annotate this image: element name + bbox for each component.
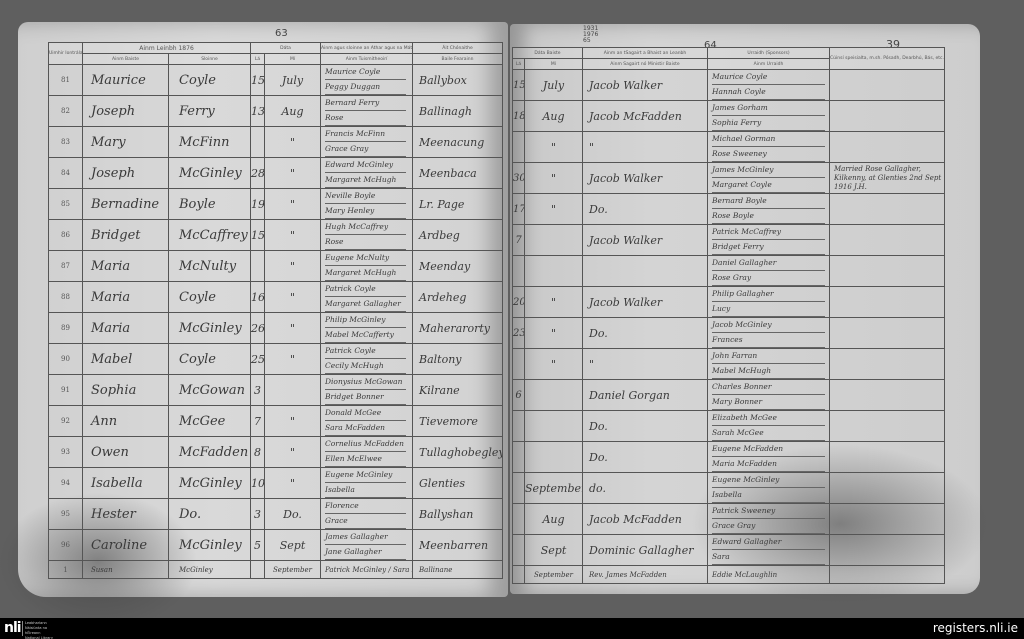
officiant: Jacob Walker [583,225,708,256]
remarks [830,194,945,225]
header-registrar-block: Ainm an tSagairt a Bhaist an Leanbh [583,48,708,59]
officiant: Jacob McFadden [583,504,708,535]
birth-month: Do. [265,499,321,530]
baptism-day [513,535,525,566]
header-day: Lá [513,59,525,70]
father-name: Neville Boyle [325,189,406,204]
birth-month: " [265,158,321,189]
officiant: Do. [583,318,708,349]
birth-month: " [265,220,321,251]
table-row: 17"Do.Bernard BoyleRose Boyle [513,194,945,225]
parents: Philip McGinleyMabel McCafferty [321,313,413,344]
first-name: Joseph [83,96,169,127]
sponsors: Eugene McFaddenMaria McFadden [708,442,830,473]
sponsor-2: Rose Boyle [712,209,825,224]
logo-divider [22,621,23,636]
entry-number: 93 [49,437,83,468]
surname: Coyle [169,344,251,375]
header-remarks-block: Cúinsí speisialta, m.sh. Pósadh, Dearbhú… [830,48,945,70]
officiant: Dominic Gallagher [583,535,708,566]
father-name: Bernard Ferry [325,96,406,111]
parents: Bernard FerryRose [321,96,413,127]
header-date-block: Dáta [251,43,321,54]
entry-number: 94 [49,468,83,499]
baptism-month: September [525,566,583,584]
birth-month: " [265,127,321,158]
parents: Patrick McGinley / Sara McFadden [321,561,413,579]
sponsor-2: Bridget Ferry [712,240,825,255]
sponsor-1: Bernard Boyle [712,194,825,209]
table-row: 83MaryMcFinn"Francis McFinnGrace GrayMee… [49,127,503,158]
baptism-day: 6 [513,380,525,411]
father-name: Hugh McCaffrey [325,220,406,235]
sponsor-1: John Farran [712,349,825,364]
first-name: Mabel [83,344,169,375]
sponsors: Maurice CoyleHannah Coyle [708,70,830,101]
header-surname: Sloinne [169,54,251,65]
table-row: 91SophiaMcGowan3Dionysius McGowanBridget… [49,375,503,406]
surname: Do. [169,499,251,530]
baptism-day: 15 [513,70,525,101]
officiant: Jacob McFadden [583,101,708,132]
birth-month: Sept [265,530,321,561]
header-month: Mí [265,54,321,65]
entry-number: 84 [49,158,83,189]
table-row: 88MariaCoyle16"Patrick CoyleMargaret Gal… [49,282,503,313]
residence: Tievemore [413,406,503,437]
sponsor-2: Mary Bonner [712,395,825,410]
residence: Ballybox [413,65,503,96]
birth-day: 15 [251,65,265,96]
parents: Cornelius McFaddenEllen McElwee [321,437,413,468]
birth-month: " [265,282,321,313]
birth-day: 8 [251,437,265,468]
mother-name: Bridget Bonner [325,390,406,405]
header-sponsors-block: Urraidh (Sponsors) [708,48,830,59]
remarks [830,225,945,256]
surname: Coyle [169,282,251,313]
header-name-block: Ainm Leinbh 1876 [83,43,251,54]
baptism-month [525,442,583,473]
birth-day: 3 [251,375,265,406]
table-row: 82JosephFerry13AugBernard FerryRoseBalli… [49,96,503,127]
table-row: 92AnnMcGee7"Donald McGeeSara McFaddenTie… [49,406,503,437]
birth-day: 19 [251,189,265,220]
site-link[interactable]: registers.nli.ie [933,621,1018,635]
table-row: 6Daniel GorganCharles BonnerMary Bonner [513,380,945,411]
baptism-month: " [525,287,583,318]
baptism-month: " [525,318,583,349]
residence: Meenbarren [413,530,503,561]
birth-day [251,127,265,158]
parents: Eugene McGinleyIsabella [321,468,413,499]
parents: Eugene McNultyMargaret McHugh [321,251,413,282]
baptism-month: " [525,349,583,380]
birth-month: " [265,468,321,499]
sponsors: James McGinleyMargaret Coyle [708,163,830,194]
left-page-number: 63 [275,28,288,39]
birth-month [265,375,321,406]
officiant: " [583,349,708,380]
birth-month: " [265,344,321,375]
residence: Ardeheg [413,282,503,313]
table-row: AugJacob McFaddenPatrick SweeneyGrace Gr… [513,504,945,535]
birth-month: " [265,313,321,344]
parents: Patrick CoyleCecily McHugh [321,344,413,375]
header-registration-block: Dáta Baiste [513,48,583,59]
baptism-day: 17 [513,194,525,225]
table-row: 85BernadineBoyle19"Neville BoyleMary Hen… [49,189,503,220]
parents: Maurice CoylePeggy Duggan [321,65,413,96]
mother-name: Isabella [325,483,406,498]
sponsors: Michael GormanRose Sweeney [708,132,830,163]
officiant: Do. [583,442,708,473]
table-row: 20"Jacob WalkerPhilip GallagherLucy [513,287,945,318]
header-month: Mí [525,59,583,70]
parents: James GallagherJane Gallagher [321,530,413,561]
baptism-day [513,504,525,535]
father-name: James Gallagher [325,530,406,545]
table-row: 87MariaMcNulty"Eugene McNultyMargaret Mc… [49,251,503,282]
surname: McGowan [169,375,251,406]
entry-number: 96 [49,530,83,561]
officiant: Rev. James McFadden [583,566,708,584]
birth-day: 26 [251,313,265,344]
baptism-day: 30 [513,163,525,194]
table-row: 94IsabellaMcGinley10"Eugene McGinleyIsab… [49,468,503,499]
baptism-day [513,473,525,504]
parents: Francis McFinnGrace Gray [321,127,413,158]
surname: McFinn [169,127,251,158]
birth-month: Aug [265,96,321,127]
father-name: Eugene McNulty [325,251,406,266]
surname: McGinley [169,468,251,499]
sponsors: Bernard BoyleRose Boyle [708,194,830,225]
header-residence-block: Áit Chónaithe [413,43,503,54]
entry-number: 88 [49,282,83,313]
table-row-footer: 1SusanMcGinleySeptemberPatrick McGinley … [49,561,503,579]
surname: McGinley [169,561,251,579]
sponsor-2: Rose Gray [712,271,825,286]
baptism-day [513,442,525,473]
sponsor-1: Maurice Coyle [712,70,825,85]
officiant: Jacob Walker [583,70,708,101]
mother-name: Peggy Duggan [325,80,406,95]
baptism-day: 23 [513,318,525,349]
sponsors: Eugene McGinleyIsabella [708,473,830,504]
table-row: 30"Jacob WalkerJames McGinleyMargaret Co… [513,163,945,194]
residence: Maherarorty [413,313,503,344]
sponsor-1: Elizabeth McGee [712,411,825,426]
officiant: Do. [583,194,708,225]
baptism-month: July [525,70,583,101]
table-row: 90MabelCoyle25"Patrick CoyleCecily McHug… [49,344,503,375]
residence: Ardbeg [413,220,503,251]
table-row: 93OwenMcFadden8"Cornelius McFaddenEllen … [49,437,503,468]
right-register-table: Dáta Baiste Ainm an tSagairt a Bhaist an… [512,47,945,584]
baptism-month: Sept [525,535,583,566]
entry-number: 1 [49,561,83,579]
baptism-day: 7 [513,225,525,256]
remarks [830,318,945,349]
first-name: Sophia [83,375,169,406]
sponsors: John FarranMabel McHugh [708,349,830,380]
surname: McGinley [169,530,251,561]
parents: Donald McGeeSara McFadden [321,406,413,437]
residence: Ballinagh [413,96,503,127]
residence: Baltony [413,344,503,375]
reference-note: 1931 1976 65 [583,26,598,44]
entry-number: 82 [49,96,83,127]
baptism-month: " [525,132,583,163]
table-row: 86BridgetMcCaffrey15"Hugh McCaffreyRoseA… [49,220,503,251]
father-name: Florence [325,499,406,514]
mother-name: Grace [325,514,406,529]
header-parents-block: Ainm agus sloinne an Athar agus na Mátha… [321,43,413,54]
officiant: " [583,132,708,163]
table-row: ""Michael GormanRose Sweeney [513,132,945,163]
sponsors: Patrick McCaffreyBridget Ferry [708,225,830,256]
birth-month: " [265,251,321,282]
sponsor-1: Eugene McGinley [712,473,825,488]
mother-name: Rose [325,235,406,250]
residence: Lr. Page [413,189,503,220]
birth-day: 16 [251,282,265,313]
sponsors: Jacob McGinleyFrances [708,318,830,349]
remarks [830,535,945,566]
residence: Ballyshan [413,499,503,530]
table-row: 81MauriceCoyle15JulyMaurice CoylePeggy D… [49,65,503,96]
sponsor-1: Edward Gallagher [712,535,825,550]
surname: Ferry [169,96,251,127]
sponsor-2: Lucy [712,302,825,317]
remarks [830,287,945,318]
residence: Meenacung [413,127,503,158]
table-row: ""John FarranMabel McHugh [513,349,945,380]
father-name: Eugene McGinley [325,468,406,483]
birth-day: 15 [251,220,265,251]
sponsors: Philip GallagherLucy [708,287,830,318]
birth-month: " [265,189,321,220]
residence: Glenties [413,468,503,499]
birth-day [251,561,265,579]
remarks [830,442,945,473]
image-viewer[interactable]: 63 Uimhir Iontrála Ainm Leinbh 1876 Dáta… [0,0,1024,618]
surname: McGee [169,406,251,437]
sponsor-2: Grace Gray [712,519,825,534]
father-name: Francis McFinn [325,127,406,142]
parents: Neville BoyleMary Henley [321,189,413,220]
officiant: do. [583,473,708,504]
table-row: SeptDominic GallagherEdward GallagherSar… [513,535,945,566]
sponsors: Daniel GallagherRose Gray [708,256,830,287]
sponsor-2: Hannah Coyle [712,85,825,100]
first-name: Hester [83,499,169,530]
father-name: Donald McGee [325,406,406,421]
remarks: Married Rose Gallagher, Kilkenny, at Gle… [830,163,945,194]
father-name: Dionysius McGowan [325,375,406,390]
birth-day: 5 [251,530,265,561]
table-row: 7Jacob WalkerPatrick McCaffreyBridget Fe… [513,225,945,256]
mother-name: Margaret McHugh [325,173,406,188]
first-name: Maria [83,251,169,282]
entry-number: 86 [49,220,83,251]
sponsor-1: Philip Gallagher [712,287,825,302]
logo-caption: Leabharlann Náisiúnta na hÉireann Nation… [25,621,55,639]
surname: McFadden [169,437,251,468]
entry-number: 91 [49,375,83,406]
baptism-month [525,225,583,256]
first-name: Owen [83,437,169,468]
table-row: 95HesterDo.3Do.FlorenceGraceBallyshan [49,499,503,530]
sponsor-1: Patrick Sweeney [712,504,825,519]
baptism-day [513,256,525,287]
baptism-day [513,566,525,584]
father-name: Cornelius McFadden [325,437,406,452]
baptism-day [513,132,525,163]
birth-month: " [265,406,321,437]
sponsor-1: Charles Bonner [712,380,825,395]
baptism-month [525,380,583,411]
father-name: Patrick Coyle [325,344,406,359]
mother-name: Rose [325,111,406,126]
officiant: Jacob Walker [583,287,708,318]
mother-name: Mary Henley [325,204,406,219]
remarks [830,566,945,584]
parents: Dionysius McGowanBridget Bonner [321,375,413,406]
sponsor-1: Michael Gorman [712,132,825,147]
birth-month: September [265,561,321,579]
parents: Edward McGinleyMargaret McHugh [321,158,413,189]
residence: Tullaghobegley [413,437,503,468]
header-residence-sub: Baile Fearainn [413,54,503,65]
remarks [830,132,945,163]
birth-day [251,251,265,282]
first-name: Maurice [83,65,169,96]
parents: Patrick CoyleMargaret Gallagher [321,282,413,313]
first-name: Mary [83,127,169,158]
remarks [830,101,945,132]
baptism-month: Aug [525,504,583,535]
baptism-day: 20 [513,287,525,318]
sponsors: Edward GallagherSara [708,535,830,566]
sponsors: Charles BonnerMary Bonner [708,380,830,411]
officiant: Do. [583,411,708,442]
sponsor-1: James Gorham [712,101,825,116]
sponsor-2: Isabella [712,488,825,503]
footer-bar: nli Leabharlann Náisiúnta na hÉireann Na… [0,618,1024,639]
birth-day: 7 [251,406,265,437]
birth-day: 28 [251,158,265,189]
table-row: 89MariaMcGinley26"Philip McGinleyMabel M… [49,313,503,344]
table-row: 96CarolineMcGinley5SeptJames GallagherJa… [49,530,503,561]
nli-logo[interactable]: nli [4,620,21,636]
first-name: Joseph [83,158,169,189]
surname: McGinley [169,313,251,344]
header-sponsors-sub: Ainm Urraidh [708,59,830,70]
table-row: 15JulyJacob WalkerMaurice CoyleHannah Co… [513,70,945,101]
sponsor-2: Sophia Ferry [712,116,825,131]
first-name: Maria [83,282,169,313]
sponsor-1: Eugene McFadden [712,442,825,457]
first-name: Susan [83,561,169,579]
baptism-month: September [525,473,583,504]
baptism-month: Aug [525,101,583,132]
father-name: Edward McGinley [325,158,406,173]
father-name: Maurice Coyle [325,65,406,80]
left-register-table: Uimhir Iontrála Ainm Leinbh 1876 Dáta Ai… [48,42,503,579]
sponsor-2: Maria McFadden [712,457,825,472]
table-row: Daniel GallagherRose Gray [513,256,945,287]
entry-number: 89 [49,313,83,344]
table-row: Septemberdo.Eugene McGinleyIsabella [513,473,945,504]
entry-number: 85 [49,189,83,220]
sponsors: Eddie McLaughlin [708,566,830,584]
birth-month: July [265,65,321,96]
remarks [830,349,945,380]
baptism-month [525,411,583,442]
table-row: Do.Eugene McFaddenMaria McFadden [513,442,945,473]
remarks [830,256,945,287]
surname: McNulty [169,251,251,282]
sponsor-1: Daniel Gallagher [712,256,825,271]
residence: Meenday [413,251,503,282]
baptism-month: " [525,194,583,225]
header-parents-sub: Ainm Tuismitheoirí [321,54,413,65]
surname: Boyle [169,189,251,220]
sponsor-2: Margaret Coyle [712,178,825,193]
birth-month: " [265,437,321,468]
mother-name: Jane Gallagher [325,545,406,560]
mother-name: Margaret Gallagher [325,297,406,312]
entry-number: 83 [49,127,83,158]
header-registrar-sub: Ainm Sagairt nó Ministir Baiste [583,59,708,70]
sponsors: Elizabeth McGeeSarah McGee [708,411,830,442]
remarks [830,473,945,504]
first-name: Caroline [83,530,169,561]
header-day: Lá [251,54,265,65]
remarks [830,380,945,411]
officiant: Daniel Gorgan [583,380,708,411]
sponsor-2: Sara [712,550,825,565]
table-row: 23"Do.Jacob McGinleyFrances [513,318,945,349]
father-name: Patrick Coyle [325,282,406,297]
remarks [830,504,945,535]
residence: Meenbaca [413,158,503,189]
surname: Coyle [169,65,251,96]
remarks [830,411,945,442]
entry-number: 81 [49,65,83,96]
mother-name: Grace Gray [325,142,406,157]
surname: McCaffrey [169,220,251,251]
mother-name: Sara McFadden [325,421,406,436]
mother-name: Cecily McHugh [325,359,406,374]
mother-name: Margaret McHugh [325,266,406,281]
first-name: Bridget [83,220,169,251]
sponsor-1: Patrick McCaffrey [712,225,825,240]
first-name: Maria [83,313,169,344]
entry-number: 95 [49,499,83,530]
baptism-day [513,349,525,380]
sponsor-2: Mabel McHugh [712,364,825,379]
header-entry-no: Uimhir Iontrála [49,43,83,65]
birth-day: 3 [251,499,265,530]
birth-day: 10 [251,468,265,499]
entry-number: 90 [49,344,83,375]
table-row: 18AugJacob McFaddenJames GorhamSophia Fe… [513,101,945,132]
table-row: Do.Elizabeth McGeeSarah McGee [513,411,945,442]
officiant [583,256,708,287]
